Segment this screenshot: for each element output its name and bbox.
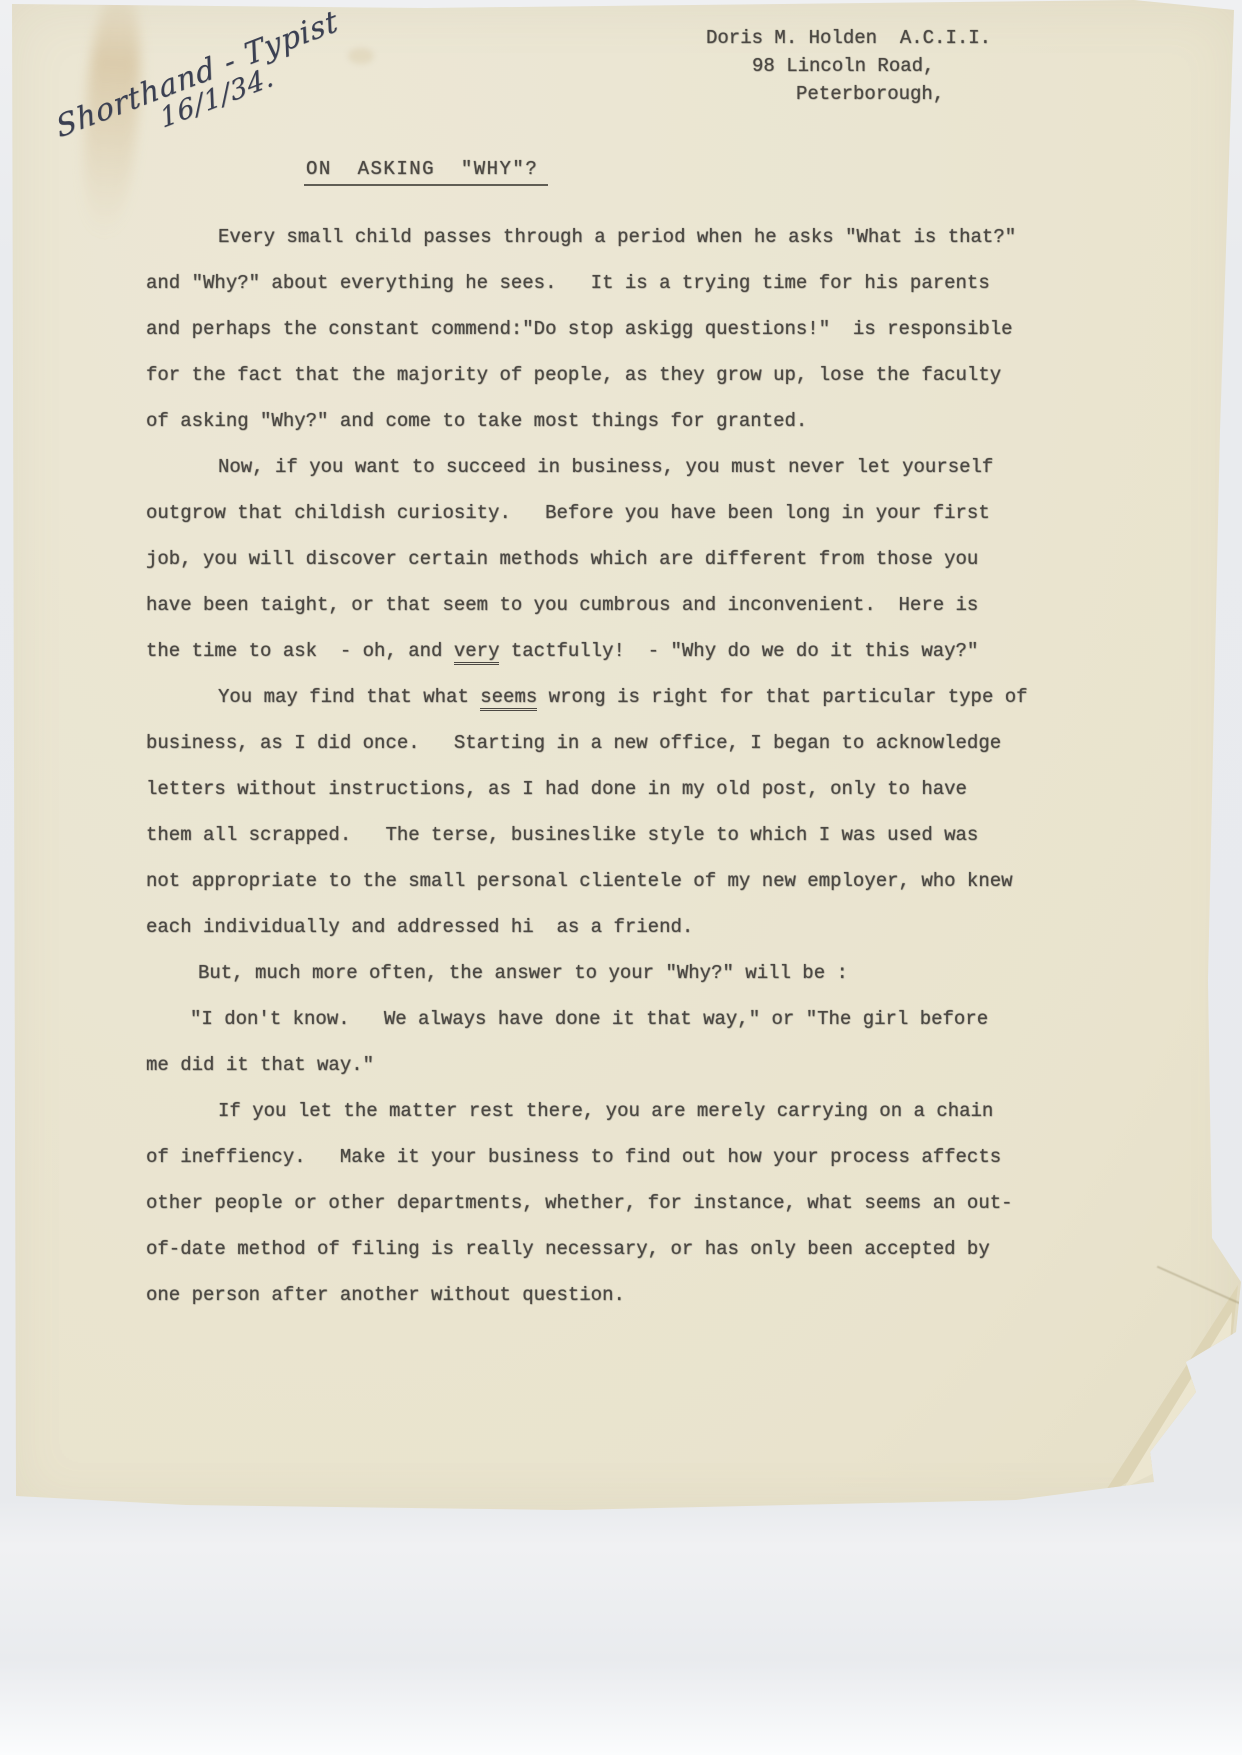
text-segment: the time to ask - oh, and xyxy=(146,640,454,662)
text-segment: But, much more often, the answer to your… xyxy=(198,962,848,984)
text-segment: and perhaps the constant commend:"Do sto… xyxy=(146,318,1013,340)
letter-paper: Shorthand - Typist 16/1/34. Doris M. Hol… xyxy=(6,0,1242,1516)
underlined-word: very xyxy=(454,640,500,665)
body-line: other people or other departments, wheth… xyxy=(146,1180,1066,1226)
body-line: letters without instructions, as I had d… xyxy=(146,766,1066,812)
body-line: each individually and addressed hi as a … xyxy=(146,904,1066,950)
text-segment: tactfully! - "Why do we do it this way?" xyxy=(499,640,978,662)
body-line: have been taight, or that seem to you cu… xyxy=(146,582,1066,628)
body-line: and perhaps the constant commend:"Do sto… xyxy=(146,306,1066,352)
scanned-document-page: { "colors": { "paper": "#eae5d1", "typew… xyxy=(0,0,1242,1755)
body-line: Now, if you want to succeed in business,… xyxy=(146,444,1066,490)
body-line: If you let the matter rest there, you ar… xyxy=(146,1088,1066,1134)
paragraph: You may find that what seems wrong is ri… xyxy=(146,674,1066,950)
text-segment: of ineffiency. Make it your business to … xyxy=(146,1146,1001,1168)
text-segment: You may find that what xyxy=(218,686,480,708)
text-segment: me did it that way." xyxy=(146,1054,374,1076)
body-line: job, you will discover certain methods w… xyxy=(146,536,1066,582)
body-line: me did it that way." xyxy=(146,1042,1066,1088)
text-segment: wrong is right for that particular type … xyxy=(537,686,1027,708)
paragraph: But, much more often, the answer to your… xyxy=(146,950,1066,996)
body-line: But, much more often, the answer to your… xyxy=(146,950,1066,996)
paragraph: Every small child passes through a perio… xyxy=(146,214,1066,444)
document-body: Every small child passes through a perio… xyxy=(146,214,1066,1318)
body-line: one person after another without questio… xyxy=(146,1272,1066,1318)
text-segment: for the fact that the majority of people… xyxy=(146,364,1001,386)
text-segment: Now, if you want to succeed in business,… xyxy=(218,456,993,478)
body-line: outgrow that childish curiosity. Before … xyxy=(146,490,1066,536)
body-line: and "Why?" about everything he sees. It … xyxy=(146,260,1066,306)
sender-city: Peterborough, xyxy=(796,80,991,108)
text-segment: Every small child passes through a perio… xyxy=(218,226,1016,248)
underlined-word: seems xyxy=(480,686,537,711)
body-line: them all scrapped. The terse, busineslik… xyxy=(146,812,1066,858)
text-segment: outgrow that childish curiosity. Before … xyxy=(146,502,990,524)
text-segment: and "Why?" about everything he sees. It … xyxy=(146,272,990,294)
body-line: of asking "Why?" and come to take most t… xyxy=(146,398,1066,444)
text-segment: letters without instructions, as I had d… xyxy=(146,778,967,800)
text-segment: them all scrapped. The terse, busineslik… xyxy=(146,824,978,846)
text-segment: "I don't know. We always have done it th… xyxy=(190,1008,988,1030)
sender-street: 98 Lincoln Road, xyxy=(752,52,991,80)
paragraph: "I don't know. We always have done it th… xyxy=(146,996,1066,1088)
text-segment: each individually and addressed hi as a … xyxy=(146,916,693,938)
body-line: the time to ask - oh, and very tactfully… xyxy=(146,628,1066,674)
body-line: not appropriate to the small personal cl… xyxy=(146,858,1066,904)
text-segment: job, you will discover certain methods w… xyxy=(146,548,978,570)
body-line: business, as I did once. Starting in a n… xyxy=(146,720,1066,766)
body-line: for the fact that the majority of people… xyxy=(146,352,1066,398)
sender-name: Doris M. Holden A.C.I.I. xyxy=(706,24,991,52)
text-segment: have been taight, or that seem to you cu… xyxy=(146,594,978,616)
paragraph: If you let the matter rest there, you ar… xyxy=(146,1088,1066,1318)
text-segment: one person after another without questio… xyxy=(146,1284,625,1306)
text-segment: of-date method of filing is really neces… xyxy=(146,1238,990,1260)
text-segment: business, as I did once. Starting in a n… xyxy=(146,732,1001,754)
body-line: of-date method of filing is really neces… xyxy=(146,1226,1066,1272)
text-segment: of asking "Why?" and come to take most t… xyxy=(146,410,807,432)
body-line: of ineffiency. Make it your business to … xyxy=(146,1134,1066,1180)
fold-crease-line xyxy=(1157,1266,1242,1317)
text-segment: If you let the matter rest there, you ar… xyxy=(218,1100,993,1122)
sender-address-block: Doris M. Holden A.C.I.I. 98 Lincoln Road… xyxy=(706,24,991,108)
body-line: Every small child passes through a perio… xyxy=(146,214,1066,260)
body-line: You may find that what seems wrong is ri… xyxy=(146,674,1066,720)
paragraph: Now, if you want to succeed in business,… xyxy=(146,444,1066,674)
body-line: "I don't know. We always have done it th… xyxy=(146,996,1066,1042)
text-segment: not appropriate to the small personal cl… xyxy=(146,870,1013,892)
document-title: ON ASKING "WHY"? xyxy=(304,158,548,186)
text-segment: other people or other departments, wheth… xyxy=(146,1192,1013,1214)
